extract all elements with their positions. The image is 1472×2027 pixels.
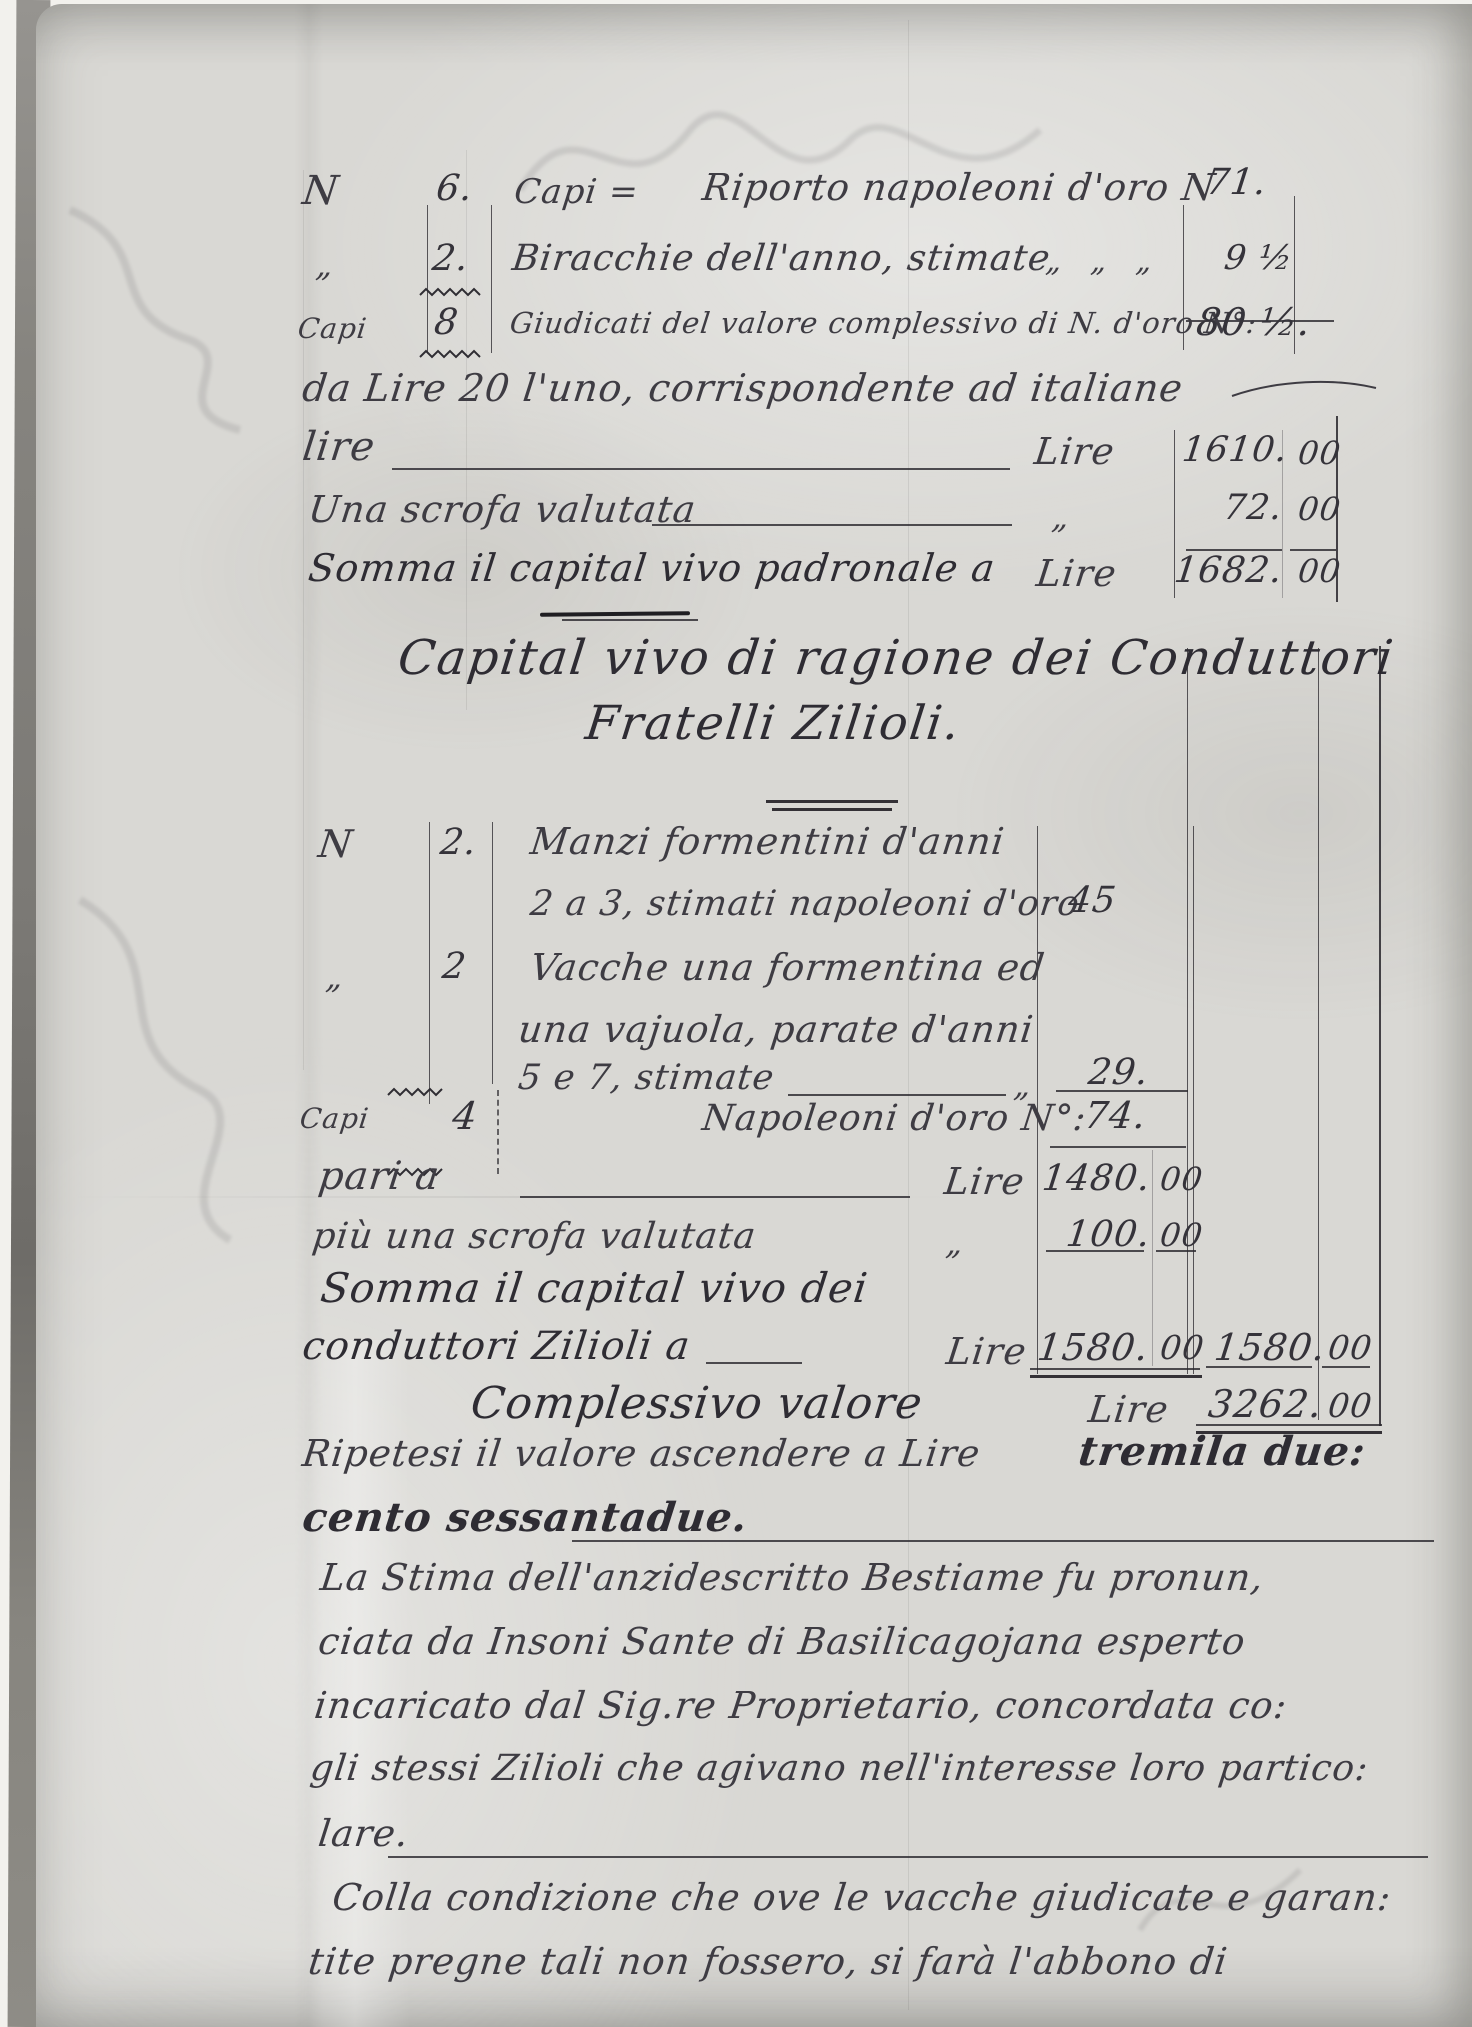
paragraph-line: lare. xyxy=(316,1812,412,1855)
closing-rule xyxy=(572,1540,1434,1542)
ink-bleed xyxy=(40,880,260,1260)
flourish-zigzag xyxy=(386,1086,446,1098)
entry-value: 74. xyxy=(1082,1094,1149,1137)
currency-label: Lire xyxy=(1032,430,1117,473)
paragraph-line: ciata da Insoni Sante di Basilicagojana … xyxy=(316,1620,1248,1663)
count-bracket-left-rule xyxy=(429,822,430,1104)
entry-text: 2 a 3, stimati napoleoni d'oro xyxy=(528,884,1082,924)
entry-text: Napoleoni d'oro N°: xyxy=(700,1098,1089,1139)
entry-text: lire xyxy=(300,424,378,470)
ditto-marks: „ „ „ xyxy=(1044,244,1155,279)
outer-box-bottom-line xyxy=(1196,1424,1382,1426)
total-cents: 00 xyxy=(1326,1386,1375,1425)
entry-count: 8 xyxy=(432,302,461,343)
paragraph-line: tite pregne tali non fossero, si farà l'… xyxy=(306,1940,1230,1983)
entry-text: Complessivo valore xyxy=(468,1378,926,1429)
entry-text: più una scrofa valutata xyxy=(310,1216,759,1257)
entry-capi-label: Capi = xyxy=(512,172,641,212)
closing-amount-words: cento sessantadue. xyxy=(300,1494,751,1541)
entry-value: 45 xyxy=(1066,880,1119,921)
count-bracket-dashed-rule xyxy=(497,1090,499,1174)
filler-line xyxy=(520,1196,910,1198)
sum-line xyxy=(1050,1146,1186,1148)
currency-label: Lire xyxy=(944,1330,1029,1373)
paragraph-line: gli stessi Zilioli che agivano nell'inte… xyxy=(308,1748,1371,1789)
entry-n-label: N xyxy=(300,168,342,214)
outer-right-rule xyxy=(1379,646,1381,1426)
entry-text: da Lire 20 l'uno, corrispondente ad ital… xyxy=(300,366,1186,410)
filler-line xyxy=(788,1094,1006,1096)
entry-count: 2. xyxy=(438,822,479,863)
closing-amount-words: tremila due: xyxy=(1076,1428,1369,1475)
entry-text: 5 e 7, stimate xyxy=(516,1058,777,1098)
entry-n-label: Capi xyxy=(298,1102,371,1135)
entry-value: 29. xyxy=(1086,1052,1151,1093)
amount-lire: 1682. xyxy=(1172,550,1285,591)
amount-lire: 1610. xyxy=(1180,430,1285,470)
currency-label: Lire xyxy=(1034,552,1119,595)
count-bracket-right-rule xyxy=(491,205,492,353)
inner-amount-right-rule xyxy=(1187,648,1188,1374)
amount-lire: 1480. xyxy=(1040,1158,1153,1199)
entry-text: Manzi formentini d'anni xyxy=(528,820,1007,863)
ink-bleed xyxy=(40,190,280,450)
fold-crease xyxy=(303,170,304,1070)
entry-text: Somma il capital vivo padronale a xyxy=(306,546,998,590)
inner-box-bottom-line xyxy=(1030,1375,1202,1378)
flourish-zigzag xyxy=(418,348,484,360)
entry-text: una vajuola, parate d'anni xyxy=(516,1008,1036,1051)
inner-amount-right-rule-2 xyxy=(1193,826,1194,1374)
section-heading-line1: Capital vivo di ragione dei Conduttori xyxy=(395,630,1212,686)
amount-lire: 1580. xyxy=(1034,1326,1151,1369)
entry-n-label: N xyxy=(316,822,356,866)
entry-text: Riporto napoleoni d'oro N xyxy=(700,166,1218,209)
filler-line xyxy=(652,524,1012,526)
entry-text: Vacche una formentina ed xyxy=(528,946,1047,989)
flourish-zigzag xyxy=(418,286,484,298)
amount-lire: 100. xyxy=(1040,1214,1153,1255)
entry-value: 80 ½. xyxy=(1194,300,1314,344)
count-bracket-left-rule xyxy=(427,205,428,353)
entry-text: Somma il capital vivo dei xyxy=(318,1264,871,1312)
entry-text: Biracchie dell'anno, stimate xyxy=(510,238,1053,279)
sum-line xyxy=(1206,1366,1312,1368)
total-lire: 3262. xyxy=(1206,1382,1317,1426)
entry-text: Una scrofa valutata xyxy=(306,488,699,531)
count-bracket-right-rule xyxy=(492,822,493,1084)
sum-line xyxy=(1156,1250,1196,1252)
outer-cent-divider xyxy=(1318,648,1319,1420)
amount-cents: 00 xyxy=(1158,1160,1205,1198)
sum-line xyxy=(1056,1090,1188,1092)
filler-line xyxy=(392,468,1010,470)
scanned-ledger-page: N 6. Capi = Riporto napoleoni d'oro N 71… xyxy=(0,0,1472,2027)
heading-underline xyxy=(766,800,898,803)
total-lire: 1580. xyxy=(1212,1326,1317,1369)
sum-line xyxy=(1046,1250,1144,1252)
inner-box-bottom-line xyxy=(1030,1368,1200,1370)
currency-label: Lire xyxy=(1086,1388,1171,1431)
entry-text: Giudicati del valore complessivo di N. d… xyxy=(508,306,1259,340)
entry-count: 6. xyxy=(434,168,475,209)
total-cents: 00 xyxy=(1326,1328,1375,1367)
entry-n-label: Capi xyxy=(296,312,369,345)
currency-label: Lire xyxy=(942,1160,1027,1203)
section-heading-line2: Fratelli Zilioli. xyxy=(560,696,987,751)
section-divider-bar-echo xyxy=(562,619,698,621)
filler-line xyxy=(706,1362,802,1364)
entry-value: 9 ½ xyxy=(1222,238,1295,278)
entry-value: 71. xyxy=(1204,162,1269,203)
entry-text: pari a xyxy=(316,1154,443,1199)
entry-text: conduttori Zilioli a xyxy=(300,1324,693,1369)
sum-line xyxy=(1290,549,1336,551)
closing-line: Ripetesi il valore ascendere a Lire xyxy=(300,1432,983,1475)
paragraph-line: incaricato dal Sig.re Proprietario, conc… xyxy=(312,1684,1290,1727)
paragraph-line: La Stima dell'anzidescritto Bestiame fu … xyxy=(318,1556,1267,1599)
flourish-swash xyxy=(1230,376,1380,404)
closing-rule xyxy=(388,1856,1428,1858)
amount-cents: 00 xyxy=(1296,552,1343,590)
entry-count: 2. xyxy=(430,238,471,279)
heading-underline xyxy=(772,808,892,811)
sum-line xyxy=(1322,1366,1370,1368)
fold-crease xyxy=(466,150,467,710)
amount-cents: 00 xyxy=(1296,434,1343,472)
entry-count: 2 xyxy=(440,946,469,987)
paragraph-line: Colla condizione che ove le vacche giudi… xyxy=(330,1876,1394,1919)
amount-cents: 00 xyxy=(1158,1328,1207,1367)
inner-cent-divider xyxy=(1152,1150,1153,1366)
amount-lire: 72. xyxy=(1180,488,1285,528)
amount-cents: 00 xyxy=(1296,490,1343,528)
amount-cents: 00 xyxy=(1158,1216,1205,1254)
